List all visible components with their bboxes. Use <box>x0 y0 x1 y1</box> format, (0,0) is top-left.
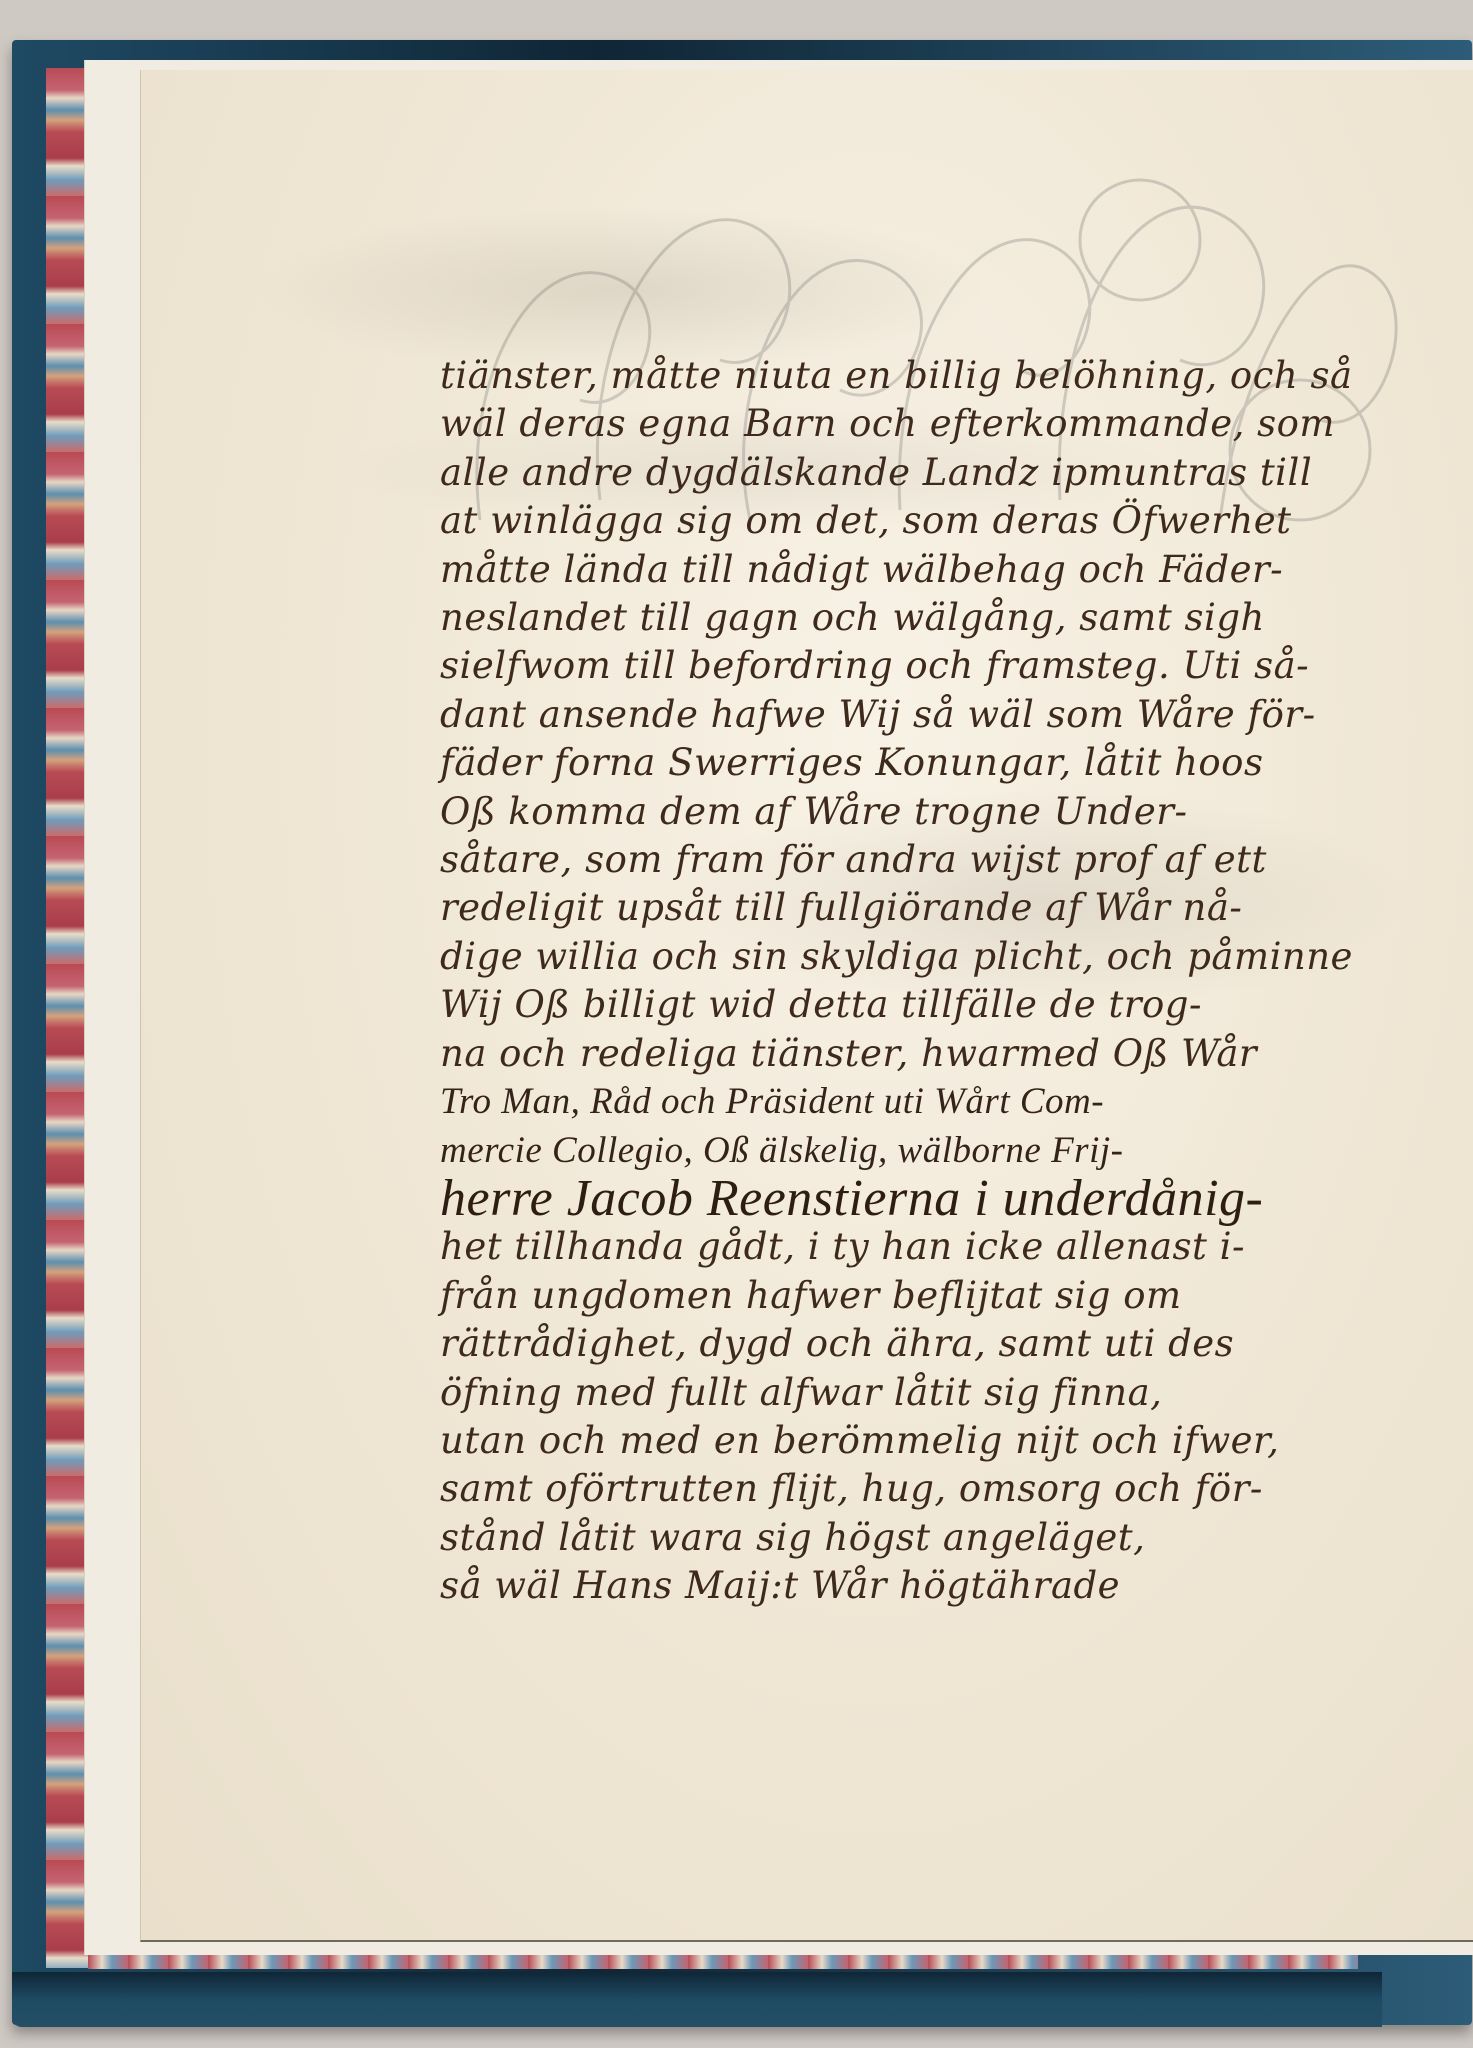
text-line: rättrådighet, dygd och ähra, samt uti de… <box>440 1320 1320 1368</box>
text-line-president: Tro Man, Råd och Präsident uti Wårt Com- <box>440 1078 1320 1126</box>
text-line: alle andre dygdälskande Landz ipmuntras … <box>440 449 1320 497</box>
text-line: Wij Oß billigt wid detta tillfälle de tr… <box>440 981 1320 1029</box>
text-line: måtte lända till nådigt wälbehag och Fäd… <box>440 546 1320 594</box>
text-line: neslandet till gagn och wälgång, samt si… <box>440 594 1320 642</box>
velvet-cover-bottom-edge <box>12 1972 1382 2027</box>
text-line: såtare, som fram för andra wijst prof af… <box>440 836 1320 884</box>
text-line: dant ansende hafwe Wij så wäl som Wåre f… <box>440 691 1320 739</box>
text-line: fäder forna Swerriges Konungar, låtit ho… <box>440 739 1320 787</box>
text-line: Oß komma dem af Wåre trogne Under- <box>440 788 1320 836</box>
text-line: het tillhanda gådt, i ty han icke allena… <box>440 1223 1320 1271</box>
text-line: wäl deras egna Barn och efterkommande, s… <box>440 400 1320 448</box>
text-line: sielfwom till befordring och framsteg. U… <box>440 642 1320 690</box>
text-line: at winlägga sig om det, som deras Öfwerh… <box>440 497 1320 545</box>
marbled-endpaper-spine <box>46 68 88 1968</box>
text-line: na och redeliga tiänster, hwarmed Oß Wår <box>440 1030 1320 1078</box>
text-line: dige willia och sin skyldiga plicht, och… <box>440 933 1320 981</box>
text-line: så wäl Hans Maij:t Wår högtährade <box>440 1562 1320 1610</box>
text-line-name-jacob-reenstierna: herre Jacob Reenstierna i underdånig- <box>440 1175 1320 1223</box>
text-line: öfning med fullt alfwar låtit sig finna, <box>440 1369 1320 1417</box>
manuscript-text: tiänster, måtte niuta en billig belöhnin… <box>440 352 1320 1611</box>
marbled-endpaper-bottom <box>88 1955 1358 1969</box>
text-line: stånd låtit wara sig högst angeläget, <box>440 1514 1320 1562</box>
text-line: från ungdomen hafwer beflijtat sig om <box>440 1272 1320 1320</box>
text-line: redeligit upsåt till fullgiörande af Wår… <box>440 884 1320 932</box>
text-line: utan och med en berömmelig nijt och ifwe… <box>440 1417 1320 1465</box>
text-line: tiänster, måtte niuta en billig belöhnin… <box>440 352 1320 400</box>
text-line: samt oförtrutten flijt, hug, omsorg och … <box>440 1465 1320 1513</box>
text-line-collegio: mercie Collegio, Oß älskelig, wälborne F… <box>440 1127 1320 1175</box>
